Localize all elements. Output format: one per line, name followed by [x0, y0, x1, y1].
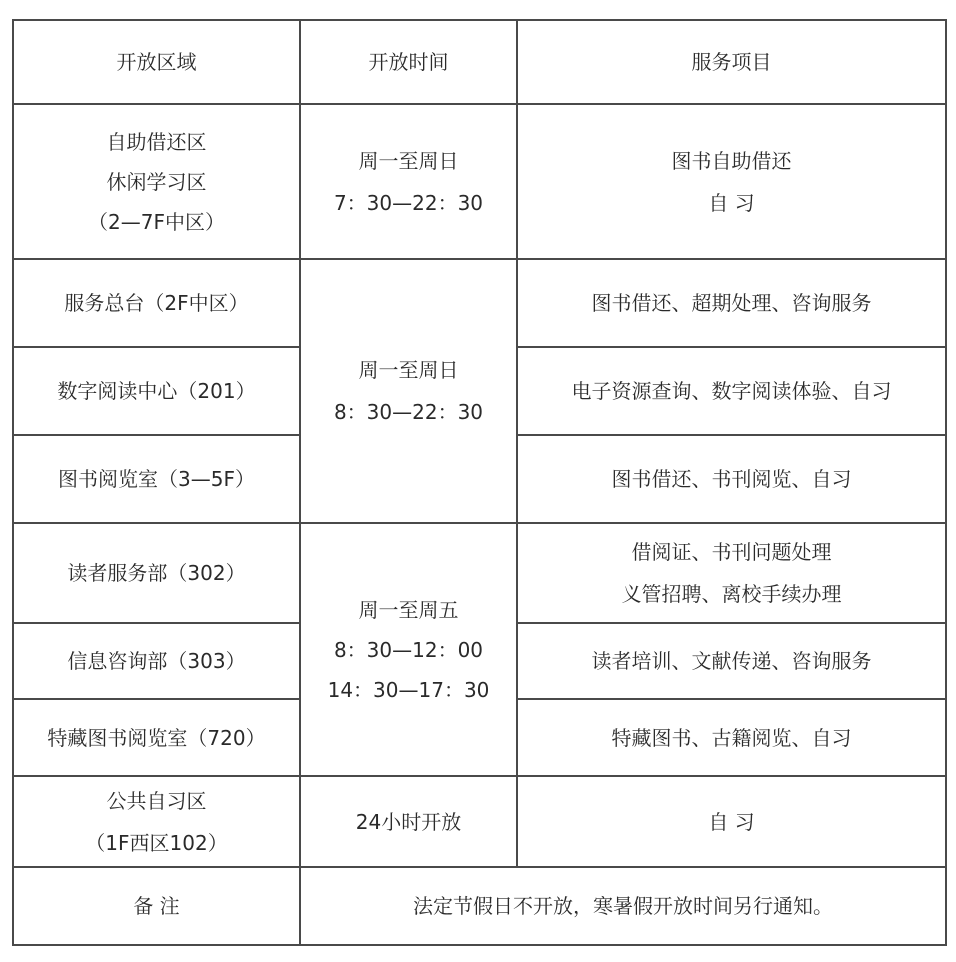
- service-line: 义管招聘、离校手续办理: [518, 584, 945, 604]
- service-line: 自 习: [518, 193, 945, 213]
- area-line: （1F西区102）: [14, 833, 299, 853]
- table-row: 服务总台（2F中区） 周一至周日 8：30—22：30 图书借还、超期处理、咨询…: [13, 259, 946, 347]
- area-line: 公共自习区: [14, 791, 299, 811]
- area-cell: 服务总台（2F中区）: [13, 259, 300, 347]
- services-cell: 电子资源查询、数字阅读体验、自习: [517, 347, 946, 435]
- hours-days: 周一至周五: [301, 600, 516, 620]
- area-cell: 读者服务部（302）: [13, 523, 300, 623]
- table-row: 自助借还区 休闲学习区 （2—7F中区） 周一至周日 7：30—22：30 图书…: [13, 104, 946, 259]
- services-cell: 图书借还、书刊阅览、自习: [517, 435, 946, 523]
- services-cell: 图书借还、超期处理、咨询服务: [517, 259, 946, 347]
- hours-time: 8：30—12：00: [301, 640, 516, 660]
- area-cell: 信息咨询部（303）: [13, 623, 300, 699]
- header-hours: 开放时间: [300, 20, 517, 104]
- header-row: 开放区域 开放时间 服务项目: [13, 20, 946, 104]
- hours-days: 周一至周日: [301, 360, 516, 380]
- hours-cell: 周一至周日 8：30—22：30: [300, 259, 517, 523]
- area-line: 休闲学习区: [14, 172, 299, 192]
- hours-cell: 24小时开放: [300, 776, 517, 867]
- services-cell: 借阅证、书刊问题处理 义管招聘、离校手续办理: [517, 523, 946, 623]
- hours-cell: 周一至周五 8：30—12：00 14：30—17：30: [300, 523, 517, 776]
- area-line: 图书阅览室（3—5F）: [58, 467, 255, 491]
- hours-time: 8：30—22：30: [301, 402, 516, 422]
- services-cell: 自 习: [517, 776, 946, 867]
- hours-days: 周一至周日: [301, 151, 516, 171]
- service-line: 图书借还、书刊阅览、自习: [612, 467, 852, 491]
- hours-time: 7：30—22：30: [301, 193, 516, 213]
- hours-cell: 周一至周日 7：30—22：30: [300, 104, 517, 259]
- service-line: 读者培训、文献传递、咨询服务: [592, 649, 872, 673]
- area-cell: 特藏图书阅览室（720）: [13, 699, 300, 776]
- area-line: 服务总台（2F中区）: [64, 291, 248, 315]
- service-line: 特藏图书、古籍阅览、自习: [612, 726, 852, 750]
- remarks-row: 备 注 法定节假日不开放，寒暑假开放时间另行通知。: [13, 867, 946, 945]
- service-line: 借阅证、书刊问题处理: [518, 542, 945, 562]
- library-hours-table: 开放区域 开放时间 服务项目 自助借还区 休闲学习区 （2—7F中区） 周一至周…: [12, 19, 947, 946]
- area-line: 读者服务部（302）: [67, 561, 245, 585]
- area-line: 特藏图书阅览室（720）: [47, 726, 265, 750]
- services-cell: 读者培训、文献传递、咨询服务: [517, 623, 946, 699]
- area-line: 信息咨询部（303）: [67, 649, 245, 673]
- header-services: 服务项目: [517, 20, 946, 104]
- service-line: 电子资源查询、数字阅读体验、自习: [572, 379, 892, 403]
- area-cell: 公共自习区 （1F西区102）: [13, 776, 300, 867]
- remarks-text: 法定节假日不开放，寒暑假开放时间另行通知。: [300, 867, 946, 945]
- services-cell: 图书自助借还 自 习: [517, 104, 946, 259]
- services-cell: 特藏图书、古籍阅览、自习: [517, 699, 946, 776]
- service-line: 图书自助借还: [518, 151, 945, 171]
- hours-days: 24小时开放: [356, 810, 461, 834]
- header-area: 开放区域: [13, 20, 300, 104]
- area-line: 自助借还区: [14, 132, 299, 152]
- area-line: （2—7F中区）: [14, 212, 299, 232]
- area-cell: 数字阅读中心（201）: [13, 347, 300, 435]
- area-line: 数字阅读中心（201）: [57, 379, 255, 403]
- area-cell: 图书阅览室（3—5F）: [13, 435, 300, 523]
- area-cell: 自助借还区 休闲学习区 （2—7F中区）: [13, 104, 300, 259]
- service-line: 图书借还、超期处理、咨询服务: [592, 291, 872, 315]
- remarks-label: 备 注: [13, 867, 300, 945]
- service-line: 自 习: [708, 810, 754, 834]
- table-row: 公共自习区 （1F西区102） 24小时开放 自 习: [13, 776, 946, 867]
- table-row: 读者服务部（302） 周一至周五 8：30—12：00 14：30—17：30 …: [13, 523, 946, 623]
- hours-time: 14：30—17：30: [301, 680, 516, 700]
